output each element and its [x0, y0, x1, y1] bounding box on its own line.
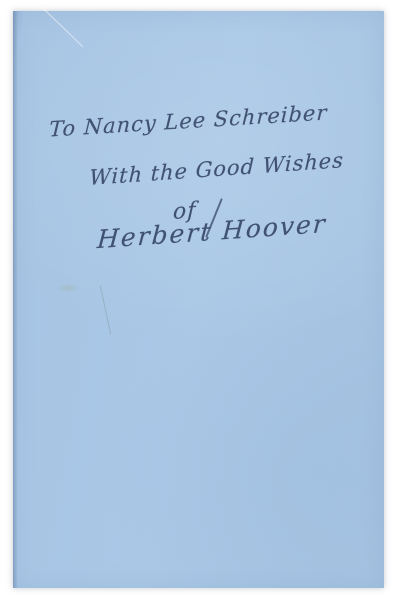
- smudge-mark: [55, 283, 81, 293]
- crease-mark: [41, 6, 83, 47]
- photo-background: To Nancy Lee Schreiber With the Good Wis…: [0, 0, 396, 600]
- inscription-line-1: To Nancy Lee Schreiber: [49, 100, 328, 141]
- inscription-line-2: With the Good Wishes: [89, 148, 344, 190]
- book-endpaper: To Nancy Lee Schreiber With the Good Wis…: [13, 11, 384, 588]
- page-gutter-shading: [13, 11, 18, 588]
- scratch-mark: [100, 285, 111, 334]
- herbert-hoover-signature: Herbert Hoover: [96, 209, 328, 254]
